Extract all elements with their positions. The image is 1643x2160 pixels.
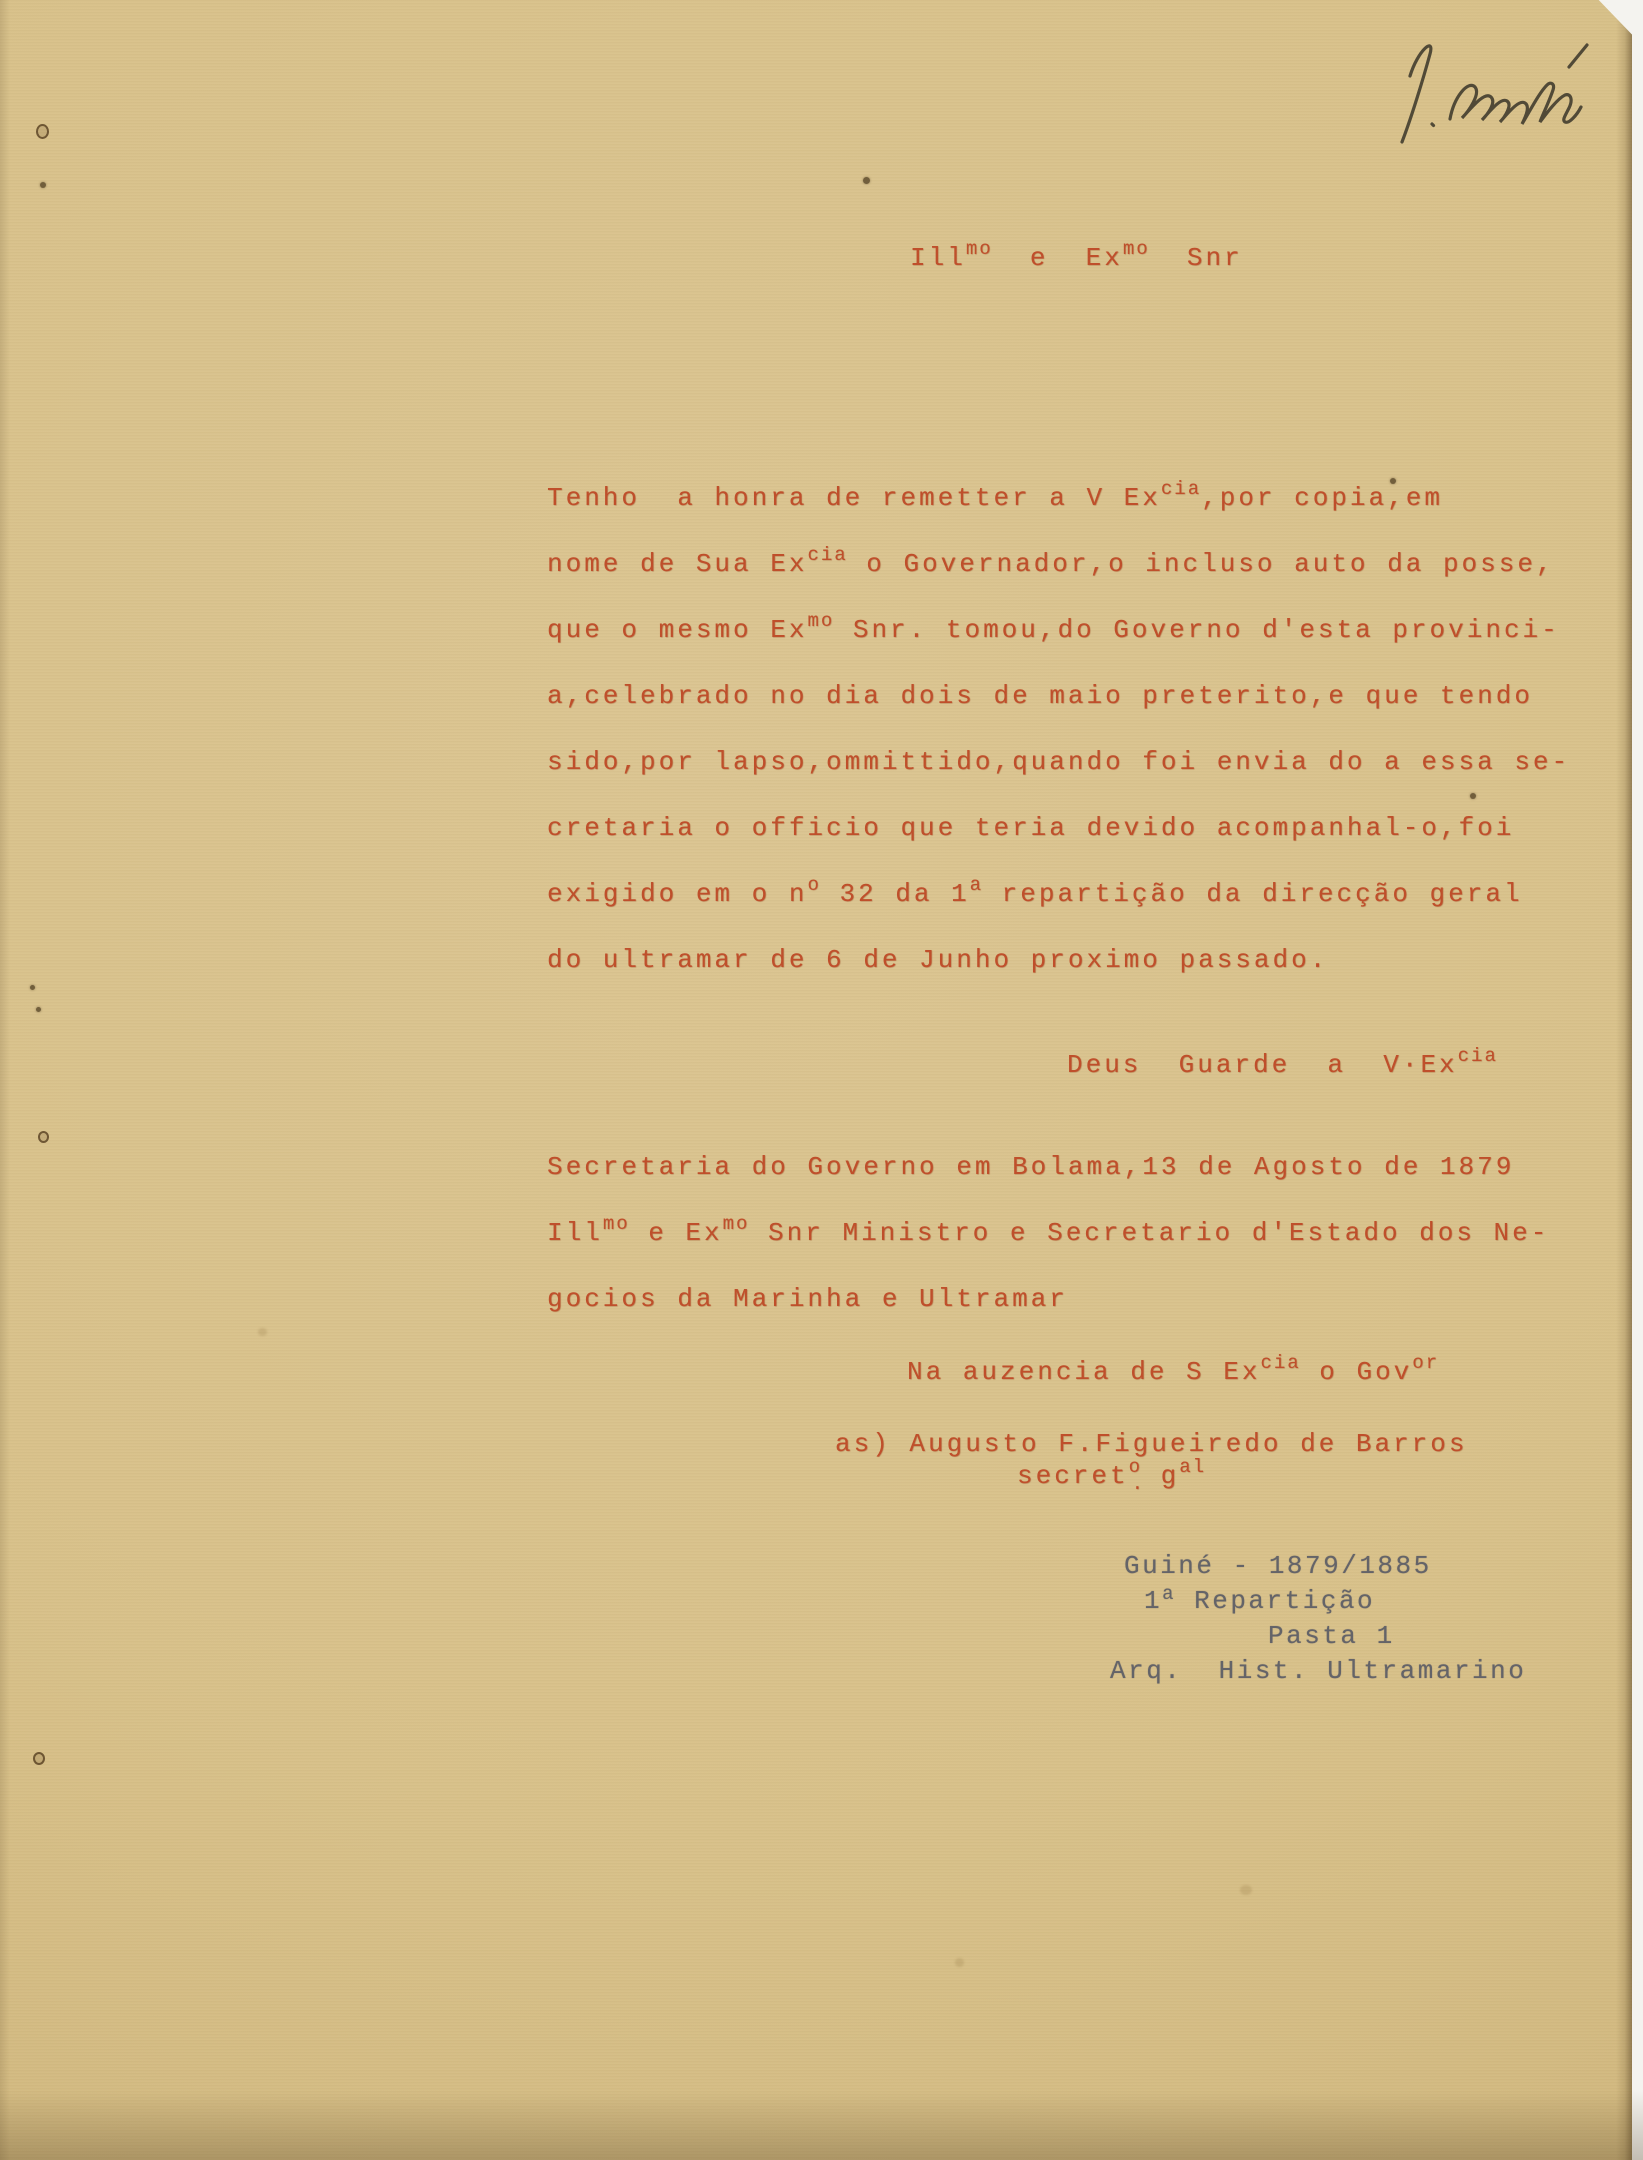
- paper-right-edge: [1616, 0, 1632, 2160]
- salutation-line: Illmo e Exmo Snr: [910, 242, 1243, 275]
- scanned-letter-page: f. Juanté Illmo e Exmo Snr Tenho a honra…: [0, 0, 1643, 2160]
- text-segment: cretaria o officio que teria devido acom…: [547, 813, 1514, 843]
- text-segment: cia: [1458, 1045, 1498, 1067]
- body-line: cretaria o officio que teria devido acom…: [547, 795, 1570, 861]
- text-segment: Pasta 1: [1268, 1621, 1395, 1651]
- valediction-line: Deus Guarde a V·Excia: [1067, 1049, 1498, 1082]
- paper-stain: [1390, 478, 1396, 484]
- absence-line: Na auzencia de S Excia o Govor: [907, 1356, 1439, 1389]
- text-segment: Guiné - 1879/1885: [1124, 1551, 1432, 1581]
- text-segment: Repartição: [1176, 1586, 1375, 1616]
- text-segment: Na auzencia de S Ex: [907, 1357, 1260, 1387]
- text-segment: nome de Sua Ex: [547, 549, 807, 579]
- text-segment: as) Augusto F.Figueiredo de Barros: [835, 1429, 1468, 1459]
- text-segment: mo: [1123, 238, 1150, 260]
- closing-line: gocios da Marinha e Ultramar: [547, 1266, 1549, 1332]
- archive-stamp-line: Pasta 1: [1268, 1619, 1526, 1654]
- archive-stamp-line: Arq. Hist. Ultramarino: [1110, 1654, 1526, 1689]
- text-segment: 32 da 1: [821, 879, 970, 909]
- text-segment: Deus Guarde a V·Ex: [1067, 1050, 1458, 1080]
- archive-stamp: Guiné - 1879/18851a RepartiçãoPasta 1Arq…: [1110, 1549, 1526, 1689]
- text-segment: mo: [723, 1213, 750, 1235]
- paper-speck: [30, 985, 35, 990]
- text-segment: cia: [1260, 1352, 1300, 1374]
- text-segment: 1: [1144, 1586, 1162, 1616]
- text-segment: a: [970, 874, 983, 896]
- text-segment: a,celebrado no dia dois de maio preterit…: [547, 681, 1533, 711]
- scanner-background-strip: [1632, 0, 1643, 2160]
- archive-stamp-line: 1a Repartição: [1144, 1584, 1526, 1619]
- text-segment: Secretaria do Governo em Bolama,13 de Ag…: [547, 1152, 1514, 1182]
- text-segment: g: [1142, 1461, 1179, 1491]
- paper-stain: [1240, 1885, 1252, 1895]
- body-line: do ultramar de 6 de Junho proximo passad…: [547, 927, 1570, 993]
- text-segment: e Ex: [630, 1218, 723, 1248]
- closing-line: Illmo e Exmo Snr Ministro e Secretario d…: [547, 1200, 1549, 1266]
- text-segment: o Gov: [1301, 1357, 1413, 1387]
- text-segment: Snr: [1150, 243, 1243, 273]
- body-line: sido,por lapso,ommittido,quando foi envi…: [547, 729, 1570, 795]
- text-segment: gocios da Marinha e Ultramar: [547, 1284, 1068, 1314]
- text-segment: Snr Ministro e Secretario d'Estado dos N…: [749, 1218, 1549, 1248]
- text-segment: or: [1412, 1352, 1439, 1374]
- text-segment: cia: [807, 544, 847, 566]
- text-segment: mo: [807, 610, 834, 632]
- paper-speck: [36, 124, 49, 139]
- paper-stain: [258, 1328, 267, 1336]
- text-segment: mo: [966, 238, 993, 260]
- text-segment: exigido em o n: [547, 879, 807, 909]
- bottom-shadow: [0, 2090, 1643, 2160]
- text-segment: do ultramar de 6 de Junho proximo passad…: [547, 945, 1328, 975]
- body-line: Tenho a honra de remetter a V Excia,por …: [547, 465, 1570, 531]
- text-segment: al: [1179, 1456, 1206, 1478]
- text-segment: o: [1129, 1456, 1142, 1480]
- closing-block: Secretaria do Governo em Bolama,13 de Ag…: [547, 1134, 1549, 1332]
- body-paragraph: Tenho a honra de remetter a V Excia,por …: [547, 465, 1570, 993]
- body-line: exigido em o no 32 da 1a repartição da d…: [547, 861, 1570, 927]
- paper-stain: [1470, 793, 1476, 799]
- text-segment: mo: [603, 1213, 630, 1235]
- body-line: nome de Sua Excia o Governador,o incluso…: [547, 531, 1570, 597]
- paper-speck: [33, 1752, 45, 1765]
- paper-speck: [40, 182, 46, 188]
- archive-stamp-line: Guiné - 1879/1885: [1124, 1549, 1526, 1584]
- text-segment: Tenho a honra de remetter a V Ex: [547, 483, 1161, 513]
- text-segment: secret: [1017, 1461, 1129, 1491]
- text-segment: cia: [1161, 478, 1201, 500]
- paper-stain: [863, 177, 870, 184]
- signed-name-line: as) Augusto F.Figueiredo de Barros: [835, 1428, 1468, 1461]
- text-segment: repartição da direcção geral: [983, 879, 1522, 909]
- text-segment: Ill: [547, 1218, 603, 1248]
- paper-stain: [955, 1958, 964, 1967]
- secretary-title-line: secreto gal: [1017, 1460, 1206, 1493]
- body-line: a,celebrado no dia dois de maio preterit…: [547, 663, 1570, 729]
- body-line: que o mesmo Exmo Snr. tomou,do Governo d…: [547, 597, 1570, 663]
- text-segment: o: [807, 874, 820, 896]
- text-segment: que o mesmo Ex: [547, 615, 807, 645]
- text-segment: sido,por lapso,ommittido,quando foi envi…: [547, 747, 1570, 777]
- text-segment: Arq. Hist. Ultramarino: [1110, 1656, 1526, 1686]
- text-segment: o Governador,o incluso auto da posse,: [848, 549, 1555, 579]
- text-segment: a: [1162, 1583, 1176, 1605]
- text-segment: ,por copia,em: [1201, 483, 1443, 513]
- handwritten-signature: f. Juanté: [1372, 24, 1622, 164]
- text-segment: e Ex: [993, 243, 1123, 273]
- paper-speck: [36, 1007, 41, 1012]
- text-segment: Ill: [910, 243, 966, 273]
- paper-speck: [38, 1131, 49, 1143]
- text-segment: Snr. tomou,do Governo d'esta provinci-: [834, 615, 1560, 645]
- closing-line: Secretaria do Governo em Bolama,13 de Ag…: [547, 1134, 1549, 1200]
- left-edge-shade: [0, 0, 10, 2160]
